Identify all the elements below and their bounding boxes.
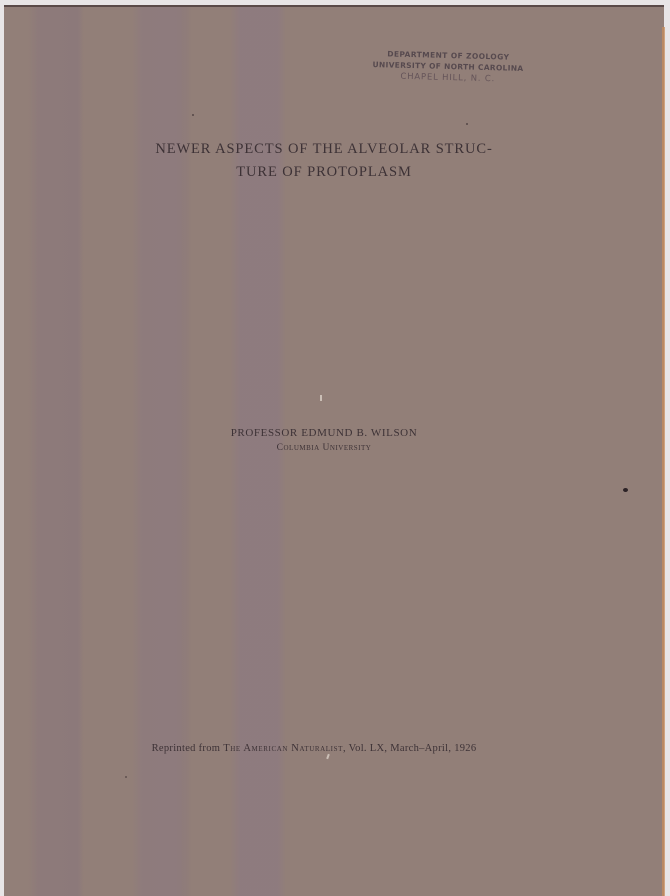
- ink-speck: [192, 114, 194, 116]
- pamphlet-cover: DEPARTMENT OF ZOOLOGY UNIVERSITY OF NORT…: [4, 5, 664, 896]
- scanned-page: DEPARTMENT OF ZOOLOGY UNIVERSITY OF NORT…: [0, 0, 670, 896]
- ink-speck: [466, 123, 468, 125]
- paper-scratch: [320, 395, 322, 401]
- journal-name: The American Naturalist: [223, 743, 343, 754]
- reprint-notice: Reprinted from The American Naturalist, …: [104, 743, 524, 754]
- ink-speck: [623, 488, 628, 492]
- department-stamp: DEPARTMENT OF ZOOLOGY UNIVERSITY OF NORT…: [358, 49, 539, 87]
- document-title: NEWER ASPECTS OF THE ALVEOLAR STRUC- TUR…: [104, 138, 544, 184]
- title-line-2: TURE OF PROTOPLASM: [104, 161, 544, 184]
- author-affiliation: Columbia University: [124, 441, 524, 455]
- author-name: PROFESSOR EDMUND B. WILSON: [124, 425, 524, 441]
- paper-scratch: [326, 754, 330, 759]
- reprint-volume-date: , Vol. LX, March–April, 1926: [343, 743, 476, 754]
- reprint-prefix: Reprinted from: [152, 743, 221, 754]
- author-block: PROFESSOR EDMUND B. WILSON Columbia Univ…: [124, 425, 524, 455]
- ink-speck: [125, 776, 127, 778]
- title-line-1: NEWER ASPECTS OF THE ALVEOLAR STRUC-: [104, 138, 544, 161]
